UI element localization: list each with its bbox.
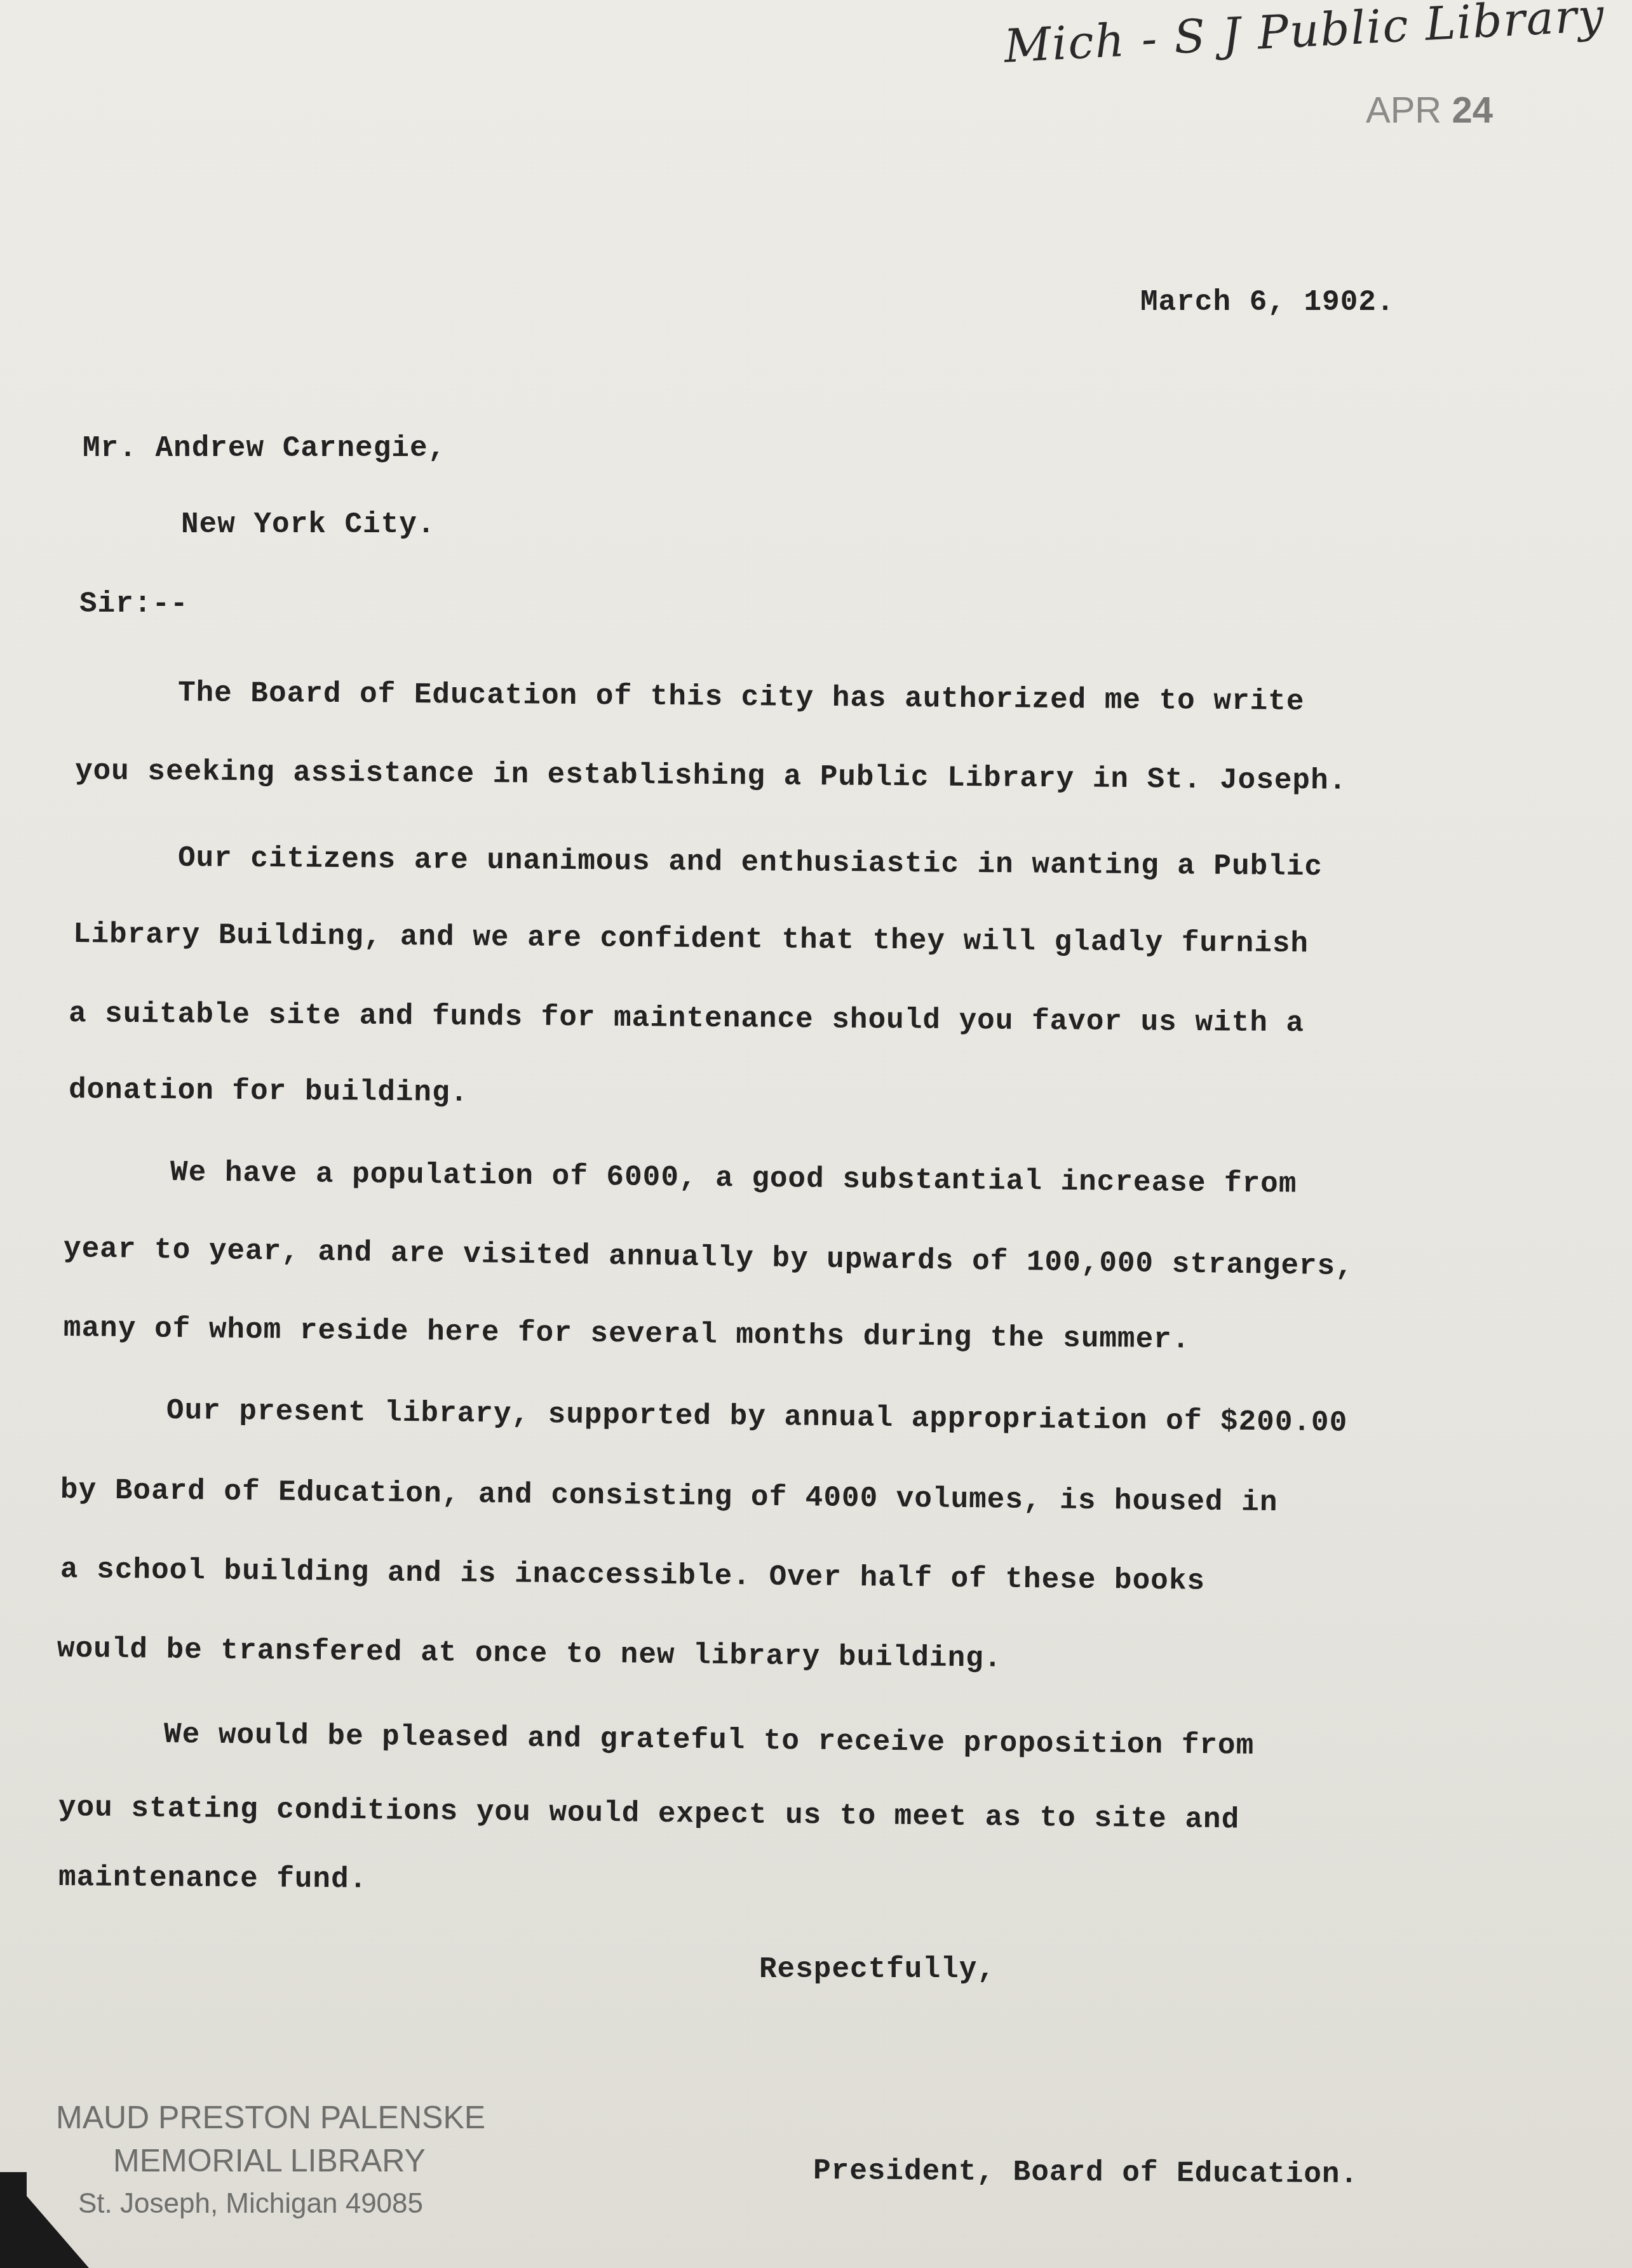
paragraph-4-line-1: Our present library, supported by annual… [166, 1394, 1348, 1439]
addressee: Mr. Andrew Carnegie, [83, 432, 446, 465]
library-ownership-stamp: MAUD PRESTON PALENSKE MEMORIAL LIBRARY S… [56, 2096, 485, 2225]
library-stamp-line-3: St. Joseph, Michigan 49085 [56, 2182, 485, 2225]
handwritten-archive-note: Mich - S J Public Library [1002, 0, 1606, 73]
paragraph-3-line-3: many of whom reside here for several mon… [64, 1312, 1190, 1357]
stamp-day: 24 [1452, 90, 1493, 131]
paragraph-1-line-2: you seeking assistance in establishing a… [75, 755, 1347, 798]
signature-title: President, Board of Education. [813, 2154, 1358, 2191]
letter-page: Mich - S J Public Library APR 24 March 6… [0, 0, 1632, 2268]
paragraph-2-line-4: donation for building. [69, 1073, 469, 1110]
paragraph-2-line-3: a suitable site and funds for maintenanc… [69, 997, 1304, 1040]
paragraph-1-line-1: The Board of Education of this city has … [178, 676, 1305, 718]
stamp-month: APR [1366, 90, 1441, 131]
library-stamp-line-2: MEMORIAL LIBRARY [56, 2139, 485, 2182]
received-date-stamp: APR 24 [1366, 89, 1493, 131]
paragraph-2-line-1: Our citizens are unanimous and enthusias… [178, 842, 1323, 883]
paragraph-3-line-2: year to year, and are visited annually b… [64, 1232, 1354, 1283]
letter-date: March 6, 1902. [1140, 286, 1394, 319]
paragraph-4-line-3: a school building and is inaccessible. O… [60, 1553, 1206, 1598]
letter-closing: Respectfully, [759, 1953, 995, 1986]
paragraph-5-line-3: maintenance fund. [58, 1861, 368, 1896]
paragraph-5-line-1: We would be pleased and grateful to rece… [164, 1718, 1255, 1762]
paragraph-4-line-4: would be transfered at once to new libra… [57, 1632, 1002, 1675]
paragraph-2-line-2: Library Building, and we are confident t… [73, 918, 1309, 960]
paragraph-3-line-1: We have a population of 6000, a good sub… [170, 1156, 1297, 1201]
addressee-city: New York City. [181, 508, 435, 541]
paragraph-4-line-2: by Board of Education, and consisting of… [60, 1473, 1278, 1519]
salutation: Sir:-- [79, 587, 189, 621]
paragraph-5-line-2: you stating conditions you would expect … [58, 1791, 1240, 1836]
library-stamp-line-1: MAUD PRESTON PALENSKE [56, 2096, 485, 2139]
